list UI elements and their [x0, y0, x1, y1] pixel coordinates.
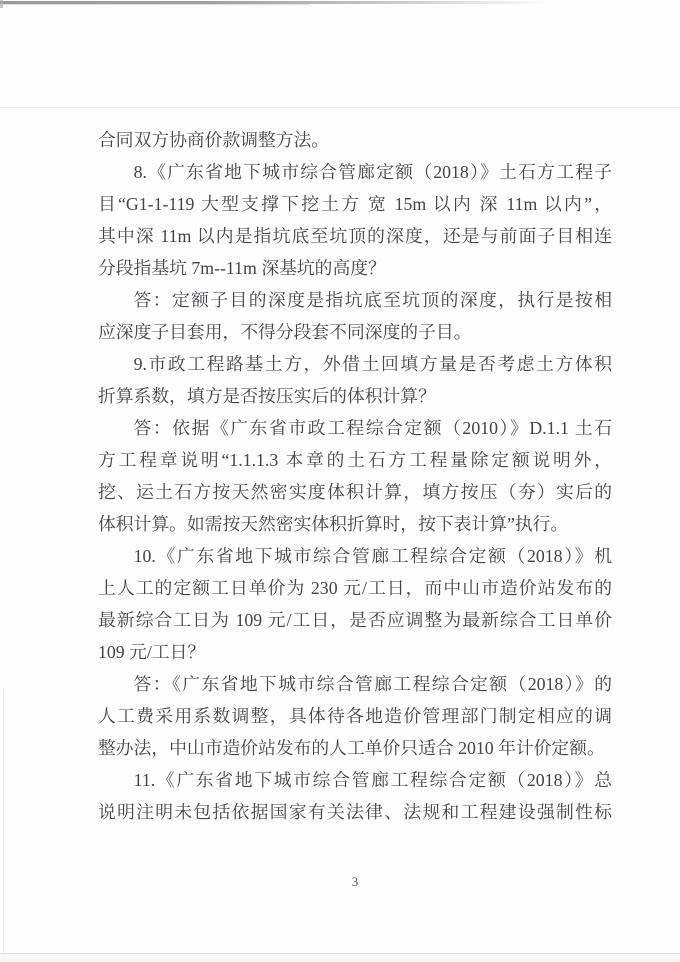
- text-line: 合同双方协商价款调整方法。: [98, 124, 612, 156]
- text-line: 答：《广东省地下城市综合管廊工程综合定额（2018）》的: [98, 668, 612, 700]
- scan-corner-mark: [0, 0, 3, 8]
- text-line: 折算系数，填方是否按压实后的体积计算？: [98, 380, 612, 412]
- text-line: 8.《广东省地下城市综合管廊定额（2018）》土石方工程子: [98, 156, 612, 188]
- text-line: 答：依据《广东省市政工程综合定额（2010）》D.1.1 土石: [98, 412, 612, 444]
- page-number: 3: [98, 874, 612, 890]
- paper-left-edge: [3, 690, 4, 953]
- scanner-edge-artifact: [0, 1, 548, 4]
- text-line: 说明注明未包括依据国家有关法律、法规和工程建设强制性标: [98, 796, 612, 828]
- paper-bottom-edge: [0, 953, 680, 954]
- text-line: 109 元/工日？: [98, 636, 612, 668]
- text-line: 分段指基坑 7m--11m 深基坑的高度？: [98, 252, 612, 284]
- text-line: 体积计算。如需按天然密实体积折算时，按下表计算”执行。: [98, 508, 612, 540]
- text-line: 其中深 11m 以内是指坑底至坑顶的深度，还是与前面子目相连: [98, 220, 612, 252]
- document-text: 合同双方协商价款调整方法。8.《广东省地下城市综合管廊定额（2018）》土石方工…: [98, 124, 612, 828]
- scan-background-below-page: [0, 954, 680, 962]
- text-line: 方工程章说明“1.1.1.3 本章的土石方工程量除定额说明外，: [98, 444, 612, 476]
- text-line: 人工费采用系数调整，具体待各地造价管理部门制定相应的调: [98, 700, 612, 732]
- text-line: 10.《广东省地下城市综合管廊工程综合定额（2018）》机: [98, 540, 612, 572]
- text-line: 上人工的定额工日单价为 230 元/工日，而中山市造价站发布的: [98, 572, 612, 604]
- paper-fold-line: [0, 107, 680, 108]
- text-line: 9.市政工程路基土方，外借土回填方量是否考虑土方体积: [98, 348, 612, 380]
- text-line: 挖、运土石方按天然密实度体积计算，填方按压（夯）实后的: [98, 476, 612, 508]
- text-line: 应深度子目套用，不得分段套不同深度的子目。: [98, 316, 612, 348]
- text-line: 答：定额子目的深度是指坑底至坑顶的深度，执行是按相: [98, 284, 612, 316]
- text-line: 11.《广东省地下城市综合管廊工程综合定额（2018）》总: [98, 764, 612, 796]
- text-line: 最新综合工日为 109 元/工日，是否应调整为最新综合工日单价: [98, 604, 612, 636]
- text-line: 整办法，中山市造价站发布的人工单价只适合 2010 年计价定额。: [98, 732, 612, 764]
- text-line: 目“G1-1-119 大型支撑下挖土方 宽 15m 以内 深 11m 以内”，: [98, 188, 612, 220]
- scanner-edge-artifact-secondary: [0, 4, 310, 5]
